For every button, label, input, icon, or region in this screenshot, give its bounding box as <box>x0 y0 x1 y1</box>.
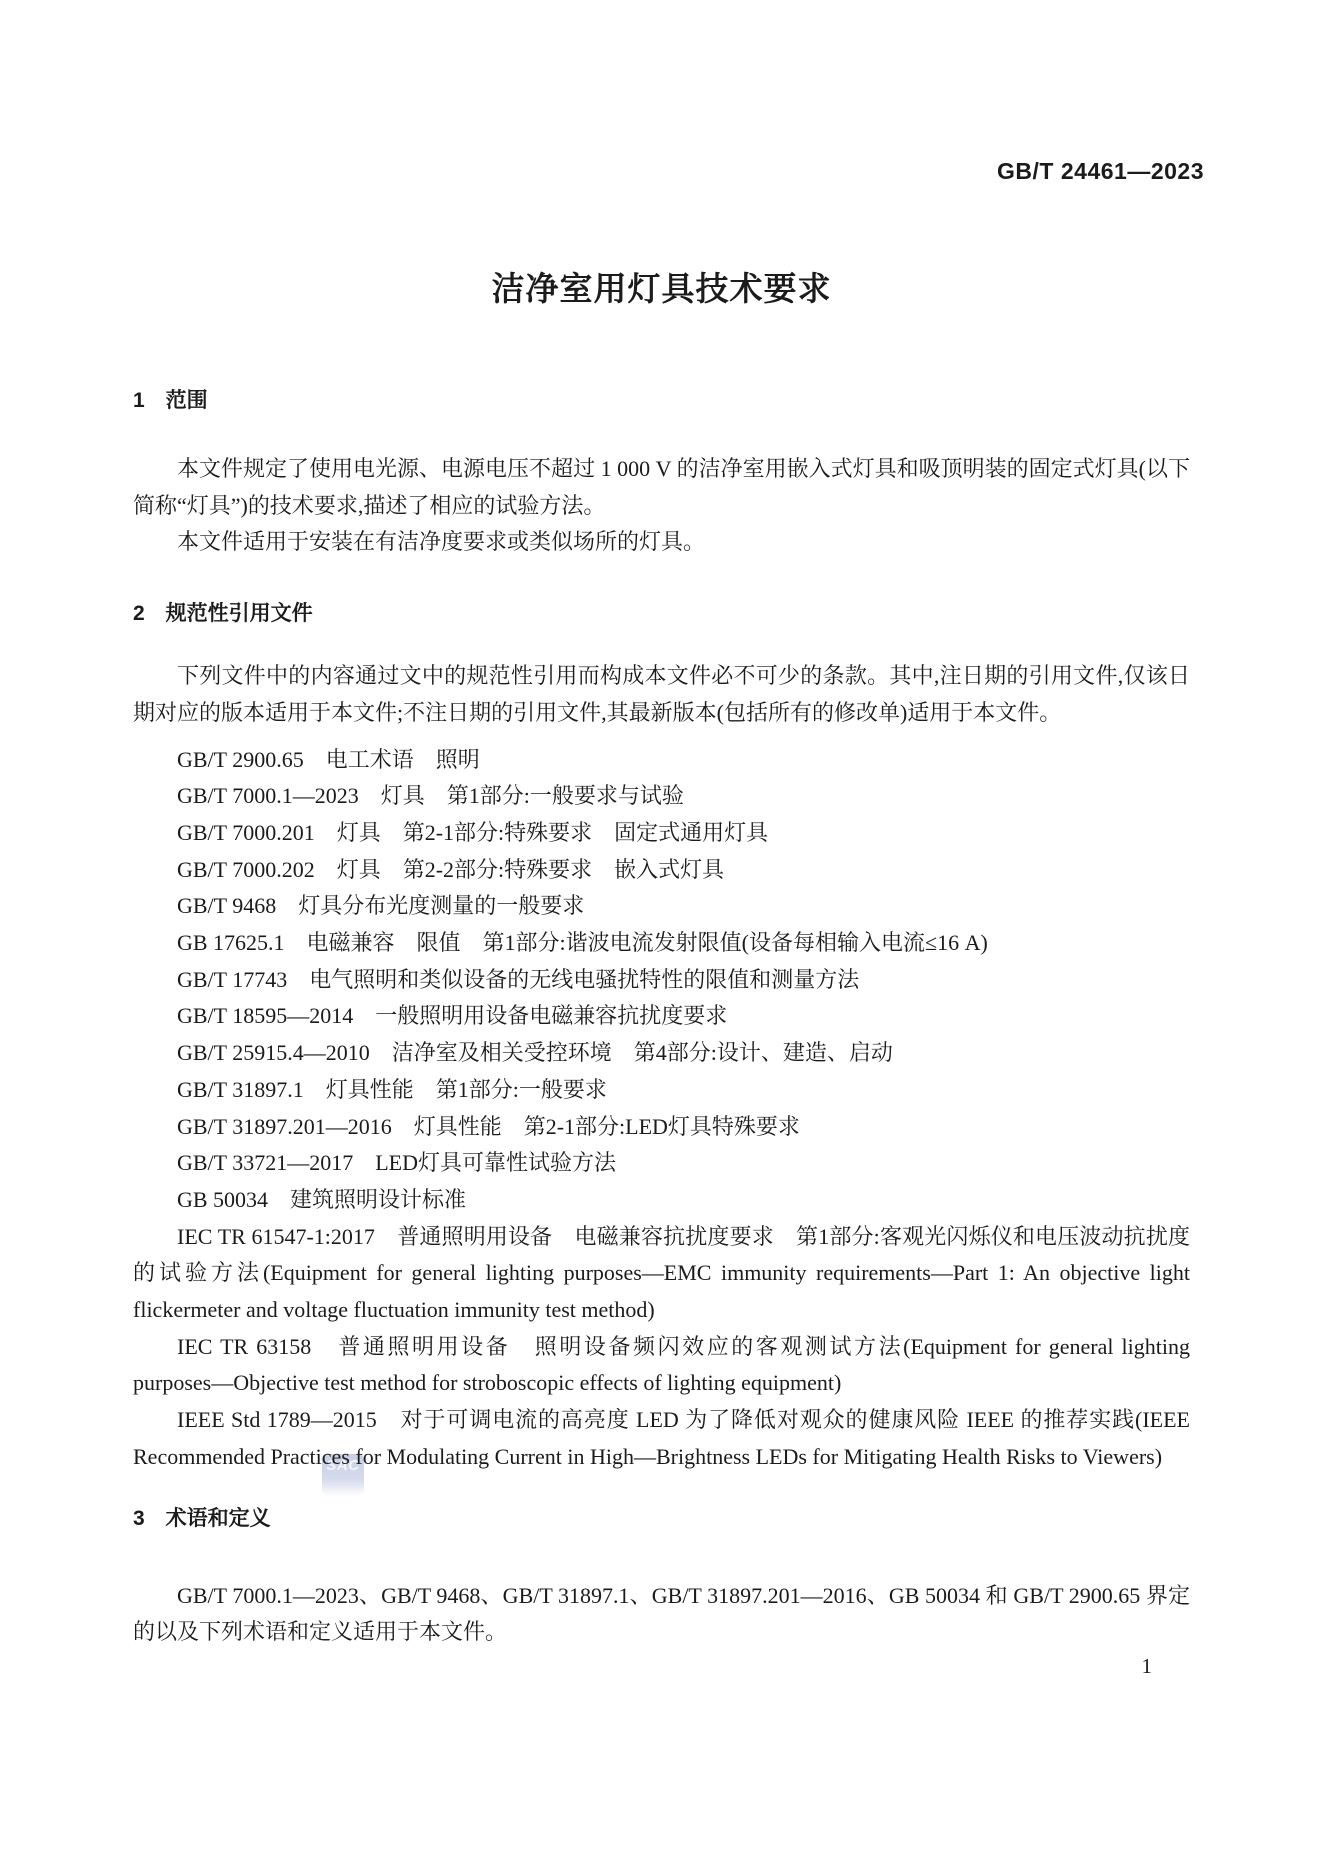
reference-item: IEEE Std 1789—2015 对于可调电流的高亮度 LED 为了降低对观… <box>133 1402 1190 1475</box>
scope-paragraph-1: 本文件规定了使用电光源、电源电压不超过 1 000 V 的洁净室用嵌入式灯具和吸… <box>133 451 1190 524</box>
reference-list: GB/T 2900.65 电工术语 照明GB/T 7000.1—2023 灯具 … <box>133 742 1190 1219</box>
reference-item: GB/T 31897.1 灯具性能 第1部分:一般要求 <box>133 1072 1190 1109</box>
reference-item: GB/T 18595—2014 一般照明用设备电磁兼容抗扰度要求 <box>133 998 1190 1035</box>
reference-item: GB/T 31897.201—2016 灯具性能 第2-1部分:LED灯具特殊要… <box>133 1109 1190 1146</box>
reference-item: GB 17625.1 电磁兼容 限值 第1部分:谐波电流发射限值(设备每相输入电… <box>133 925 1190 962</box>
reference-item: GB/T 9468 灯具分布光度测量的一般要求 <box>133 888 1190 925</box>
reference-item: GB/T 7000.202 灯具 第2-2部分:特殊要求 嵌入式灯具 <box>133 852 1190 889</box>
standard-number: GB/T 24461—2023 <box>133 158 1204 184</box>
reference-item: GB/T 17743 电气照明和类似设备的无线电骚扰特性的限值和测量方法 <box>133 962 1190 999</box>
page-content: GB/T 24461—2023 洁净室用灯具技术要求 1 范围 本文件规定了使用… <box>0 158 1323 1681</box>
section-3-heading: 3 术语和定义 <box>133 1505 1190 1533</box>
reference-item: GB/T 7000.201 灯具 第2-1部分:特殊要求 固定式通用灯具 <box>133 815 1190 852</box>
reference-item: IEC TR 63158 普通照明用设备 照明设备频闪效应的客观测试方法(Equ… <box>133 1329 1190 1402</box>
reference-item: GB/T 33721—2017 LED灯具可靠性试验方法 <box>133 1145 1190 1182</box>
scope-paragraph-2: 本文件适用于安装在有洁净度要求或类似场所的灯具。 <box>133 524 1190 561</box>
reference-item: GB/T 2900.65 电工术语 照明 <box>133 742 1190 779</box>
reference-item: GB/T 7000.1—2023 灯具 第1部分:一般要求与试验 <box>133 778 1190 815</box>
terms-paragraph: GB/T 7000.1—2023、GB/T 9468、GB/T 31897.1、… <box>133 1578 1190 1651</box>
normative-intro-paragraph: 下列文件中的内容通过文中的规范性引用而构成本文件必不可少的条款。其中,注日期的引… <box>133 658 1190 731</box>
document-title: 洁净室用灯具技术要求 <box>133 268 1190 310</box>
long-reference-list: IEC TR 61547-1:2017 普通照明用设备 电磁兼容抗扰度要求 第1… <box>133 1219 1190 1476</box>
reference-item: IEC TR 61547-1:2017 普通照明用设备 电磁兼容抗扰度要求 第1… <box>133 1219 1190 1329</box>
document-page: SAC GB/T 24461—2023 洁净室用灯具技术要求 1 范围 本文件规… <box>0 0 1323 1871</box>
section-2-heading: 2 规范性引用文件 <box>133 600 1190 628</box>
section-1-heading: 1 范围 <box>133 387 1190 415</box>
page-number: 1 <box>133 1651 1190 1681</box>
reference-item: GB/T 25915.4—2010 洁净室及相关受控环境 第4部分:设计、建造、… <box>133 1035 1190 1072</box>
reference-item: GB 50034 建筑照明设计标准 <box>133 1182 1190 1219</box>
